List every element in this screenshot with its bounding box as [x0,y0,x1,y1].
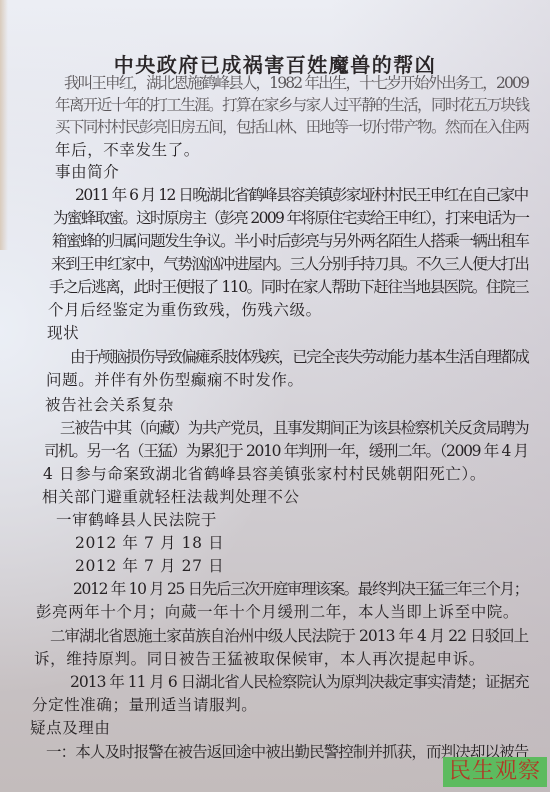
document-line: 诉，维持原判。同日被告王猛被取保候审，本人再次提起申诉。 [34,648,485,670]
document-line: 二审湖北省恩施土家苗族自治州中级人民法院于 2013 年 4 月 22 日驳回上 [50,625,528,647]
document-line: 一审鹤峰县人民法院于 [56,509,217,531]
document-line: 彭亮两年十个月；向蒇一年十个月缓刑二年，本人当即上诉至中院。 [36,601,519,623]
document-line: 三被告中其（向藏）为共产党员，且事发期间正为该县检察机关反贪局聘为 [60,417,528,439]
document-line: 2012 年 7 月 27 日 [75,555,224,577]
document-line: 来到王申红家中，气势汹汹冲进屋内。三人分别手持刀具。不久三人便大打出 [51,253,528,275]
document-line: 为蜜蜂取蜜。这时原房主（彭亮 2009 年将原住宅卖给王申红），打来电话为一 [53,207,528,229]
document-line: 我叫王申红，湖北恩施鹤峰县人，1982 年出生，十七岁开始外出务工，2009 [64,72,528,94]
document-line: 个月后经鉴定为重伤致残，伤残六级。 [48,299,322,321]
document-line: 买下同村村民彭亮旧房五间，包括山林、田地等一切付带产物。然而在入住两 [55,116,528,138]
document-line: 手之后逃离，此时王便报了 110。同时在家人帮助下赶往当地县医院。住院三 [49,276,528,298]
document-line: 由于颅脑损伤导致偏瘫系肢体残疾，已完全丧失劳动能力基本生活自理都成 [70,346,528,368]
document-line: 分定性准确；量刑适当请服判。 [32,694,257,716]
document-line: 年离开近十年的打工生涯。打算在家乡与家人过平静的生活，同时花五万块钱 [55,94,528,116]
document-line: 相关部门避重就轻枉法裁判处理不公 [42,486,300,508]
document-line: 4 日参与命案致湖北省鹤峰县容美镇张家村村民姚朝阳死亡）。 [43,463,486,485]
document-line: 年后，不幸发生了。 [55,139,200,161]
document-line: 问题。并伴有外伤型癫痫不时发作。 [46,369,304,391]
document-line: 2011 年 6 月 12 日晚湖北省鹤峰县容美镇彭家垭村村民王申红在自己家中 [75,184,528,206]
watermark-logo: 民生观察 [443,757,547,787]
document-line: 疑点及理由 [30,717,111,739]
document-line: 2013 年 11 月 6 日湖北省人民检察院认为原判决裁定事实清楚；证据充 [70,671,528,693]
document-line: 箱蜜蜂的归属问题发生争议。半小时后彭亮与另外两名陌生人搭乘一辆出租车 [52,230,528,252]
document-line: 现状 [47,322,79,344]
document-line: 2012 年 7 月 18 日 [75,532,224,554]
document-line: 被告社会关系复杂 [45,394,174,416]
document-line: 2012 年 10 月 25 日先后三次开庭审理该案。最终判决王猛三年三个月； [73,578,528,600]
document-line: 司机。另一名（王猛）为累犯于 2010 年判刑一年，缓刑二年。（2009 年 4… [44,440,528,462]
document-line: 事由简介 [55,161,119,183]
